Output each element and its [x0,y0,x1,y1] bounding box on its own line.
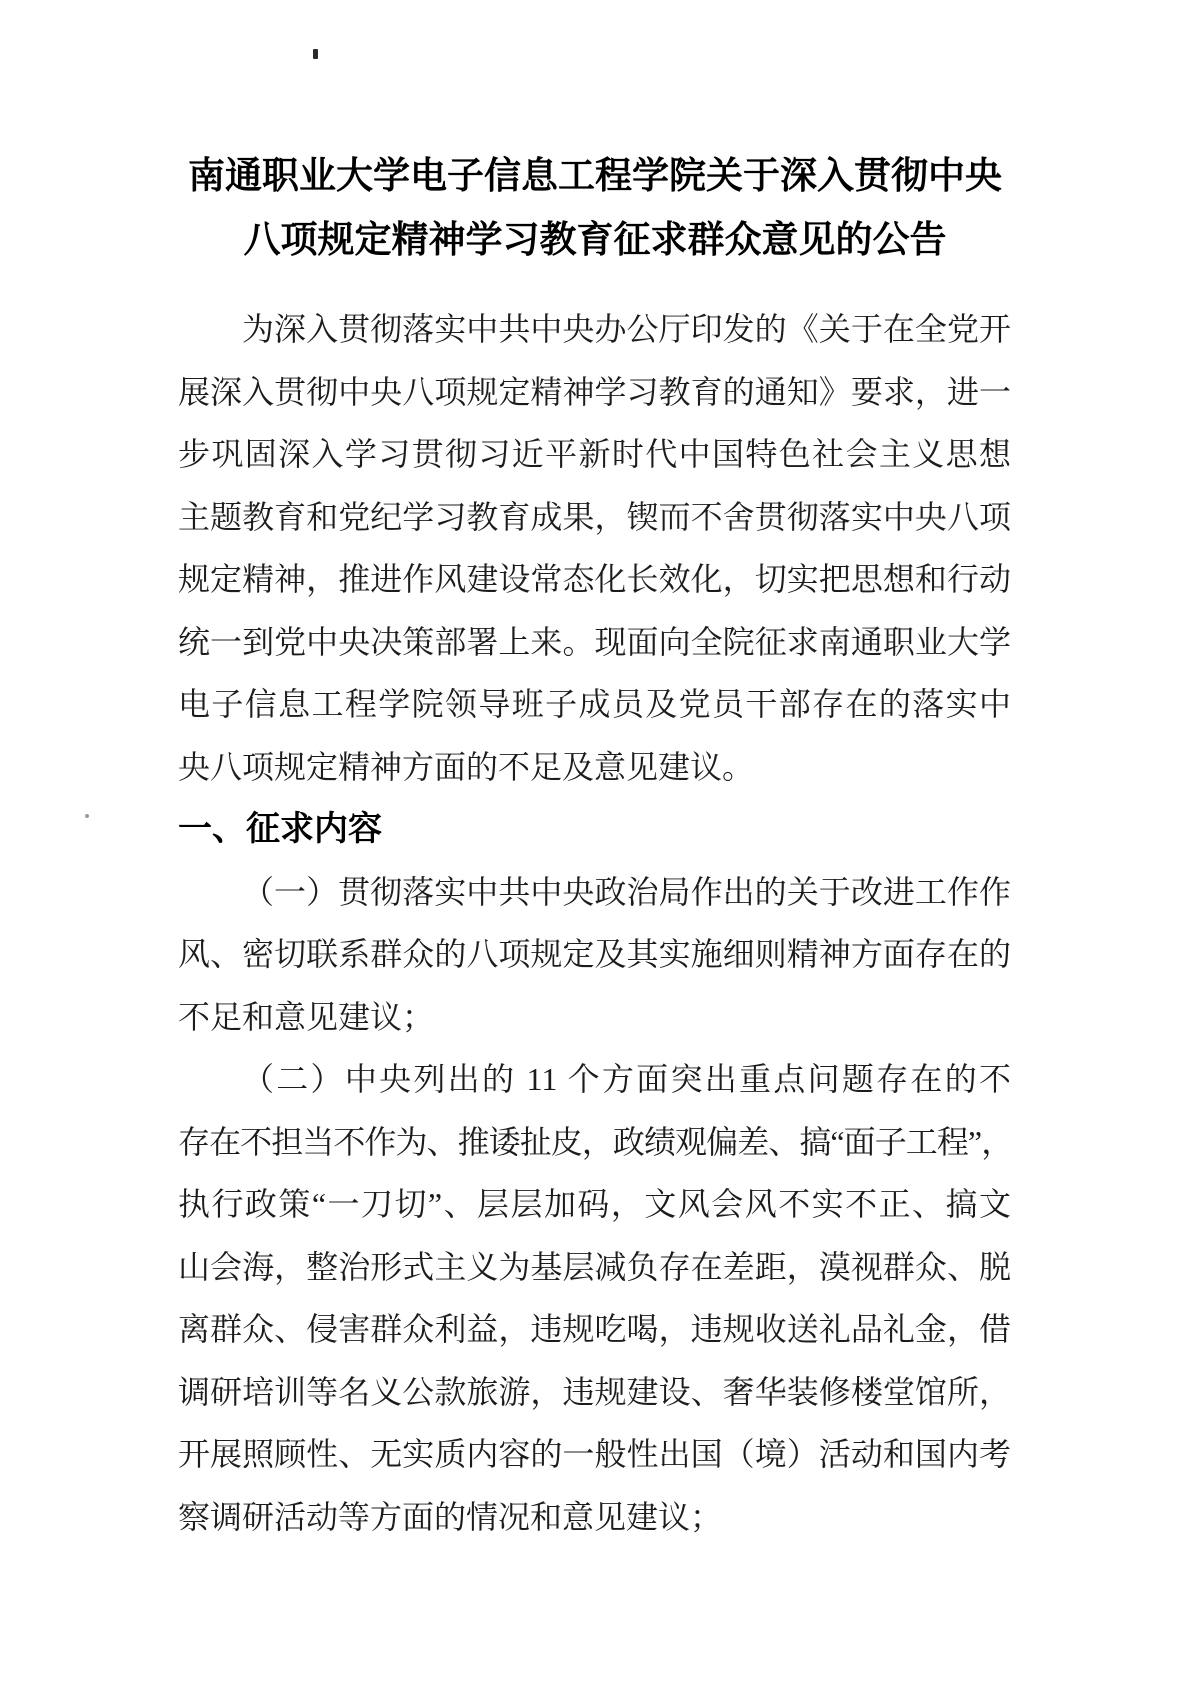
body-line: 离群众、侵害群众利益，违规吃喝，违规收送礼品礼金，借 [178,1298,1011,1361]
body-line: 电子信息工程学院领导班子成员及党员干部存在的落实中 [178,673,1011,736]
ink-speck-left-margin [85,814,89,818]
body-line: 展深入贯彻中央八项规定精神学习教育的通知》要求，进一 [178,361,1011,424]
ink-speck-top [313,49,318,59]
document-title: 南通职业大学电子信息工程学院关于深入贯彻中央 八项规定精神学习教育征求群众意见的… [0,144,1190,272]
body-line: 开展照顾性、无实质内容的一般性出国（境）活动和国内考 [178,1423,1011,1486]
body-line: 不足和意见建议； [178,986,1011,1049]
body-line: 风、密切联系群众的八项规定及其实施细则精神方面存在的 [178,923,1011,986]
document-page: 南通职业大学电子信息工程学院关于深入贯彻中央 八项规定精神学习教育征求群众意见的… [0,0,1190,1684]
body-line: 执行政策“一刀切”、层层加码，文风会风不实不正、搞文 [178,1173,1011,1236]
body-line: 存在不担当不作为、推诿扯皮，政绩观偏差、搞“面子工程”， [178,1111,1011,1174]
body-line: 统一到党中央决策部署上来。现面向全院征求南通职业大学 [178,611,1011,674]
body-line: 央八项规定精神方面的不足及意见建议。 [178,736,1011,799]
body-line: 调研培训等名义公款旅游，违规建设、奢华装修楼堂馆所， [178,1361,1011,1424]
body-line: 为深入贯彻落实中共中央办公厅印发的《关于在全党开 [178,298,1011,361]
body-line: （二）中央列出的 11 个方面突出重点问题存在的不足： [178,1048,1011,1111]
section-heading: 一、征求内容 [178,798,1011,861]
body-line: 主题教育和党纪学习教育成果，锲而不舍贯彻落实中央八项 [178,486,1011,549]
title-line-1: 南通职业大学电子信息工程学院关于深入贯彻中央 [0,144,1190,208]
document-body: 为深入贯彻落实中共中央办公厅印发的《关于在全党开展深入贯彻中央八项规定精神学习教… [178,298,1011,1548]
title-line-2: 八项规定精神学习教育征求群众意见的公告 [0,208,1190,272]
body-line: 规定精神，推进作风建设常态化长效化，切实把思想和行动 [178,548,1011,611]
body-line: 步巩固深入学习贯彻习近平新时代中国特色社会主义思想 [178,423,1011,486]
body-line: （一）贯彻落实中共中央政治局作出的关于改进工作作 [178,861,1011,924]
body-line: 察调研活动等方面的情况和意见建议； [178,1486,1011,1549]
body-line: 山会海，整治形式主义为基层减负存在差距，漠视群众、脱 [178,1236,1011,1299]
